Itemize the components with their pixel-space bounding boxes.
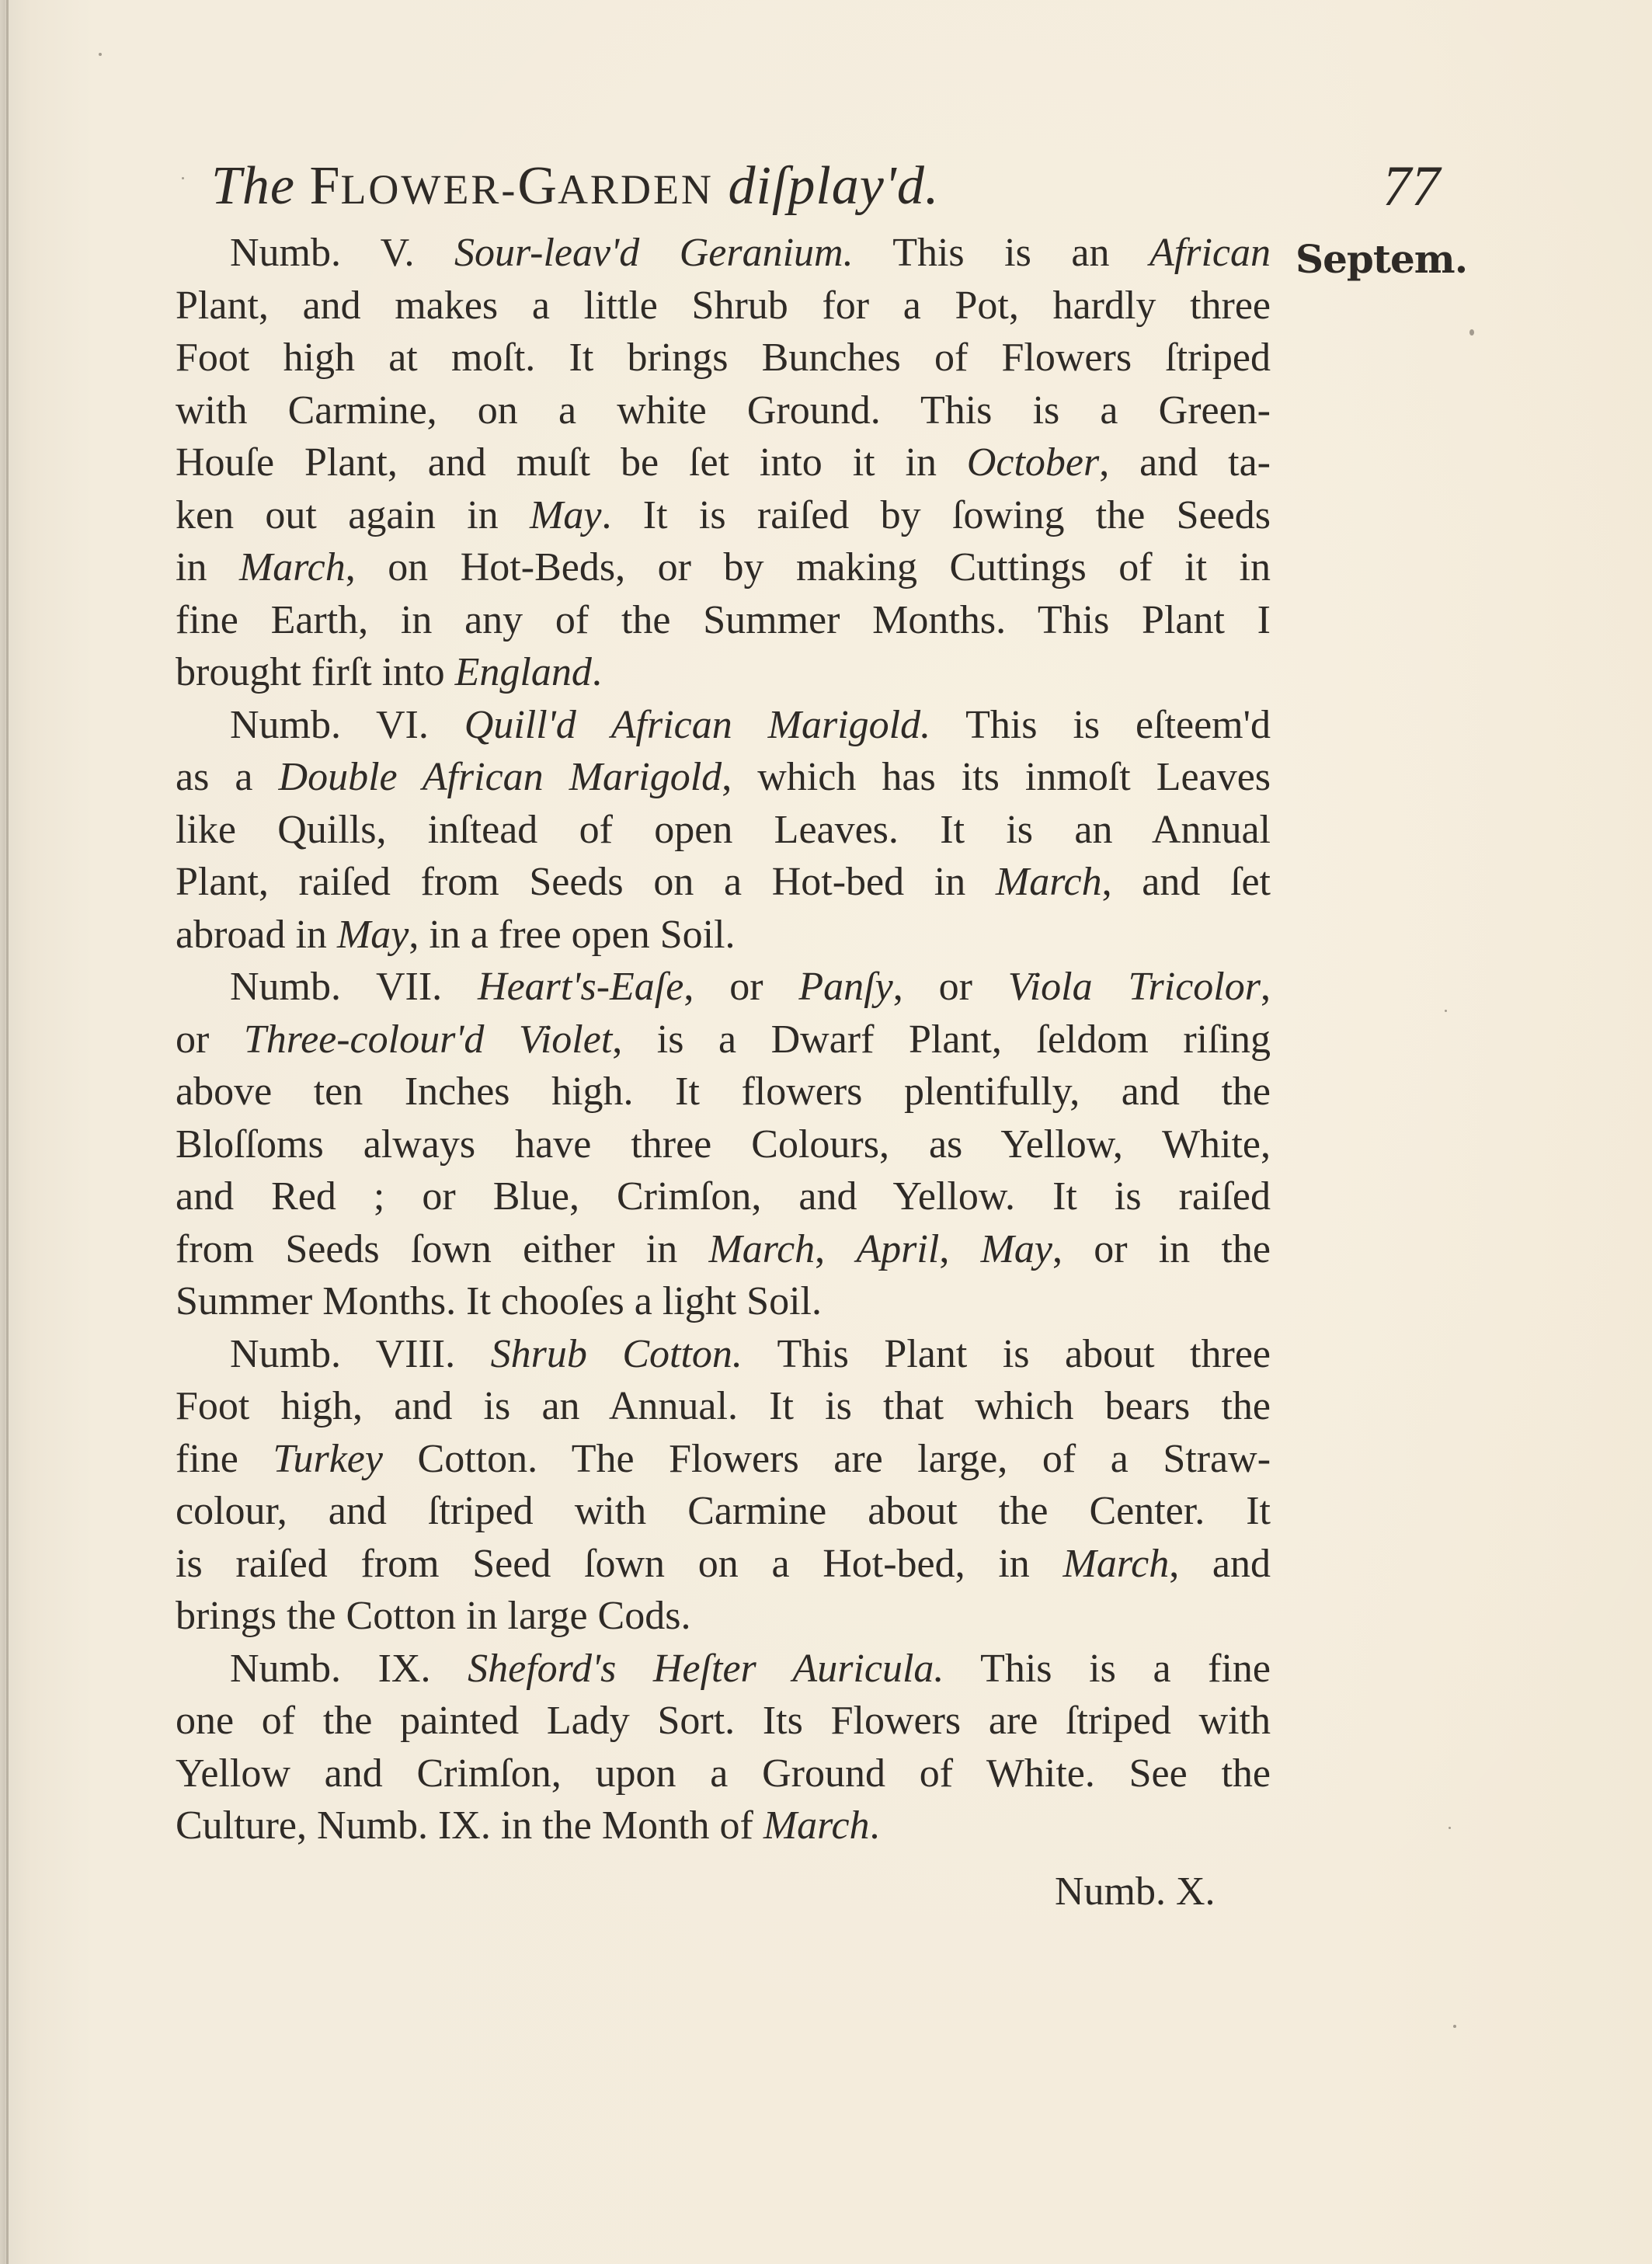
page-number: 77 [1382,151,1440,221]
roman-text: , [1261,965,1271,1009]
roman-text: , on Hot-Beds, or by making Cuttings of … [346,545,1271,589]
roman-text: Plant, and makes a little Shrub for a Po… [176,283,1271,328]
roman-text: . [870,1803,880,1848]
roman-text: . It is raiſed by ſowing the Seeds [601,493,1271,537]
text-line: ken out again in May. It is raiſed by ſo… [176,489,1271,542]
roman-text: Foot high at moſt. It brings Bunches of … [176,336,1271,380]
italic-text: March [1063,1542,1170,1586]
roman-text: , which has its inmoſt Leaves [722,755,1271,799]
roman-text: one of the painted Lady Sort. Its Flower… [176,1699,1271,1743]
roman-text: from Seeds ſown either in [176,1227,708,1271]
text-line: as a Double African Marigold, which has … [176,751,1271,804]
roman-text: with Carmine, on a white Ground. This is… [176,388,1271,433]
italic-text: African [1149,231,1271,275]
italic-text: May [530,493,601,537]
roman-text: Houſe Plant, and muſt be ſet into it in [176,440,967,485]
italic-text: Double African Marigold [279,755,722,799]
roman-text: Yellow and Crimſon, upon a Ground of Whi… [176,1751,1271,1796]
entry-paragraph: Numb. IX. Sheford's Heſter Auricula. Thi… [176,1643,1278,1852]
roman-text: colour, and ſtriped with Carmine about t… [176,1489,1271,1533]
title-suffix: diſplay'd. [728,156,939,216]
roman-text: This is eſteem'd [930,703,1271,747]
roman-text: brings the Cotton in large Cods. [176,1594,690,1638]
italic-text: Sour-leav'd Geranium. [454,231,854,275]
roman-text: Numb. V. [230,231,454,275]
italic-text: March [996,860,1102,904]
entry-paragraph: Numb. VII. Heart's-Eaſe, or Panſy, or Vi… [176,961,1278,1328]
roman-text: in [176,545,239,589]
roman-text: like Quills, inſtead of open Leaves. It … [176,808,1271,852]
italic-text: Panſy [798,965,892,1009]
text-line: fine Turkey Cotton. The Flowers are larg… [176,1433,1271,1486]
roman-text: is raiſed from Seed ſown on a Hot-bed, i… [176,1542,1063,1586]
entry-heading-line: Numb. VII. Heart's-Eaſe, or Panſy, or Vi… [176,961,1271,1014]
entry-heading-line: Numb. VI. Quill'd African Marigold. This… [176,699,1271,752]
roman-text: This is a fine [944,1647,1271,1691]
text-line: in March, on Hot-Beds, or by making Cutt… [176,541,1271,594]
italic-text: April [856,1227,939,1271]
roman-text: Numb. VI. [230,703,464,747]
page-edge [6,0,9,2264]
italic-text: May [981,1227,1052,1271]
roman-text: and Red ; or Blue, Crimſon, and Yellow. … [176,1174,1271,1219]
entry-heading-line: Numb. V. Sour-leav'd Geranium. This is a… [176,227,1271,280]
roman-text: , is a Dwarf Plant, ſeldom riſing [612,1017,1271,1062]
text-line: Summer Months. It chooſes a light Soil. [176,1275,1271,1328]
roman-text: , [939,1227,980,1271]
roman-text: Cotton. The Flowers are large, of a Stra… [383,1437,1271,1481]
italic-text: Quill'd African Marigold. [464,703,930,747]
italic-text: May [337,913,409,957]
entry-heading-line: Numb. IX. Sheford's Heſter Auricula. Thi… [176,1643,1271,1695]
italic-text: March [239,545,346,589]
roman-text: or [176,1017,244,1062]
roman-text: as a [176,755,279,799]
roman-text: Foot high, and is an Annual. It is that … [176,1384,1271,1428]
text-line: Plant, and makes a little Shrub for a Po… [176,280,1271,332]
text-line: above ten Inches high. It flowers plenti… [176,1066,1271,1118]
italic-text: Sheford's Heſter Auricula. [468,1647,944,1691]
running-header: The FLOWER-GARDEN diſplay'd. 77 [211,151,1454,237]
text-line: Foot high, and is an Annual. It is that … [176,1380,1271,1433]
text-line: Culture, Numb. IX. in the Month of March… [176,1800,1271,1852]
entry-heading-line: Numb. VIII. Shrub Cotton. This Plant is … [176,1328,1271,1381]
roman-text: fine [176,1437,273,1481]
marginal-note-month: Septem. [1296,233,1467,285]
italic-text: Turkey [273,1437,383,1481]
roman-text: fine Earth, in any of the Summer Months.… [176,598,1271,642]
roman-text: abroad in [176,913,337,957]
text-line: and Red ; or Blue, Crimſon, and Yellow. … [176,1170,1271,1223]
roman-text: This Plant is about three [743,1332,1271,1376]
roman-text: ken out again in [176,493,530,537]
entry-paragraph: Numb. VI. Quill'd African Marigold. This… [176,699,1278,962]
italic-text: England [455,650,592,694]
text-line: brings the Cotton in large Cods. [176,1590,1271,1643]
roman-text: , or [893,965,1008,1009]
text-line: is raiſed from Seed ſown on a Hot-bed, i… [176,1538,1271,1591]
roman-text: , or in the [1052,1227,1271,1271]
text-line: Yellow and Crimſon, upon a Ground of Whi… [176,1748,1271,1800]
paper-speck [1449,1827,1451,1829]
roman-text: , and [1169,1542,1271,1586]
roman-text: . [592,650,602,694]
italic-text: October [967,440,1099,485]
title-prefix: The [211,156,295,216]
catchword: Numb. X. [1055,1866,1216,1918]
title-caps-lower: LOWER [340,166,501,213]
roman-text: above ten Inches high. It flowers plenti… [176,1069,1271,1114]
italic-text: March [708,1227,815,1271]
paper-speck [1469,329,1474,336]
roman-text: Summer Months. It chooſes a light Soil. [176,1279,822,1323]
text-line: with Carmine, on a white Ground. This is… [176,384,1271,437]
text-line: Houſe Plant, and muſt be ſet into it in … [176,436,1271,489]
paper-speck [99,53,102,56]
text-line: or Three-colour'd Violet, is a Dwarf Pla… [176,1014,1271,1066]
paper-speck [1445,1010,1447,1012]
title-hyphen: - [501,166,517,213]
text-line: brought firſt into England. [176,646,1271,699]
roman-text: , in a free open Soil. [409,913,735,957]
text-line: Bloſſoms always have three Colours, as Y… [176,1118,1271,1171]
text-line: colour, and ſtriped with Carmine about t… [176,1485,1271,1538]
roman-text: brought firſt into [176,650,455,694]
roman-text: , [815,1227,856,1271]
roman-text: , or [683,965,798,1009]
body-text: Numb. V. Sour-leav'd Geranium. This is a… [176,227,1278,1852]
roman-text: Numb. VIII. [230,1332,491,1376]
text-line: like Quills, inſtead of open Leaves. It … [176,804,1271,857]
text-line: Plant, raiſed from Seeds on a Hot-bed in… [176,856,1271,909]
text-line: Foot high at moſt. It brings Bunches of … [176,332,1271,384]
roman-text: Plant, raiſed from Seeds on a Hot-bed in [176,860,996,904]
title-caps-arden: ARDEN [558,166,714,213]
italic-text: Viola Tricolor [1008,965,1261,1009]
text-line: from Seeds ſown either in March, April, … [176,1223,1271,1276]
roman-text: Numb. VII. [230,965,478,1009]
title-cap-f: F [310,156,341,216]
roman-text: This is an [854,231,1149,275]
entry-paragraph: Numb. V. Sour-leav'd Geranium. This is a… [176,227,1278,699]
text-line: fine Earth, in any of the Summer Months.… [176,594,1271,647]
text-line: one of the painted Lady Sort. Its Flower… [176,1695,1271,1748]
roman-text: Culture, Numb. IX. in the Month of [176,1803,763,1848]
roman-text: Numb. IX. [230,1647,468,1691]
paper-speck [1453,2025,1456,2028]
title-cap-g: G [517,156,558,216]
italic-text: Heart's-Eaſe [478,965,683,1009]
italic-text: Three-colour'd Violet [244,1017,612,1062]
entry-paragraph: Numb. VIII. Shrub Cotton. This Plant is … [176,1328,1278,1643]
roman-text: , and ta- [1099,440,1271,485]
italic-text: Shrub Cotton. [491,1332,743,1376]
text-line: abroad in May, in a free open Soil. [176,909,1271,962]
running-title: The FLOWER-GARDEN diſplay'd. [211,151,939,224]
italic-text: March [763,1803,870,1848]
roman-text: , and ſet [1102,860,1271,904]
paper-speck [182,177,184,179]
roman-text: Bloſſoms always have three Colours, as Y… [176,1122,1271,1167]
